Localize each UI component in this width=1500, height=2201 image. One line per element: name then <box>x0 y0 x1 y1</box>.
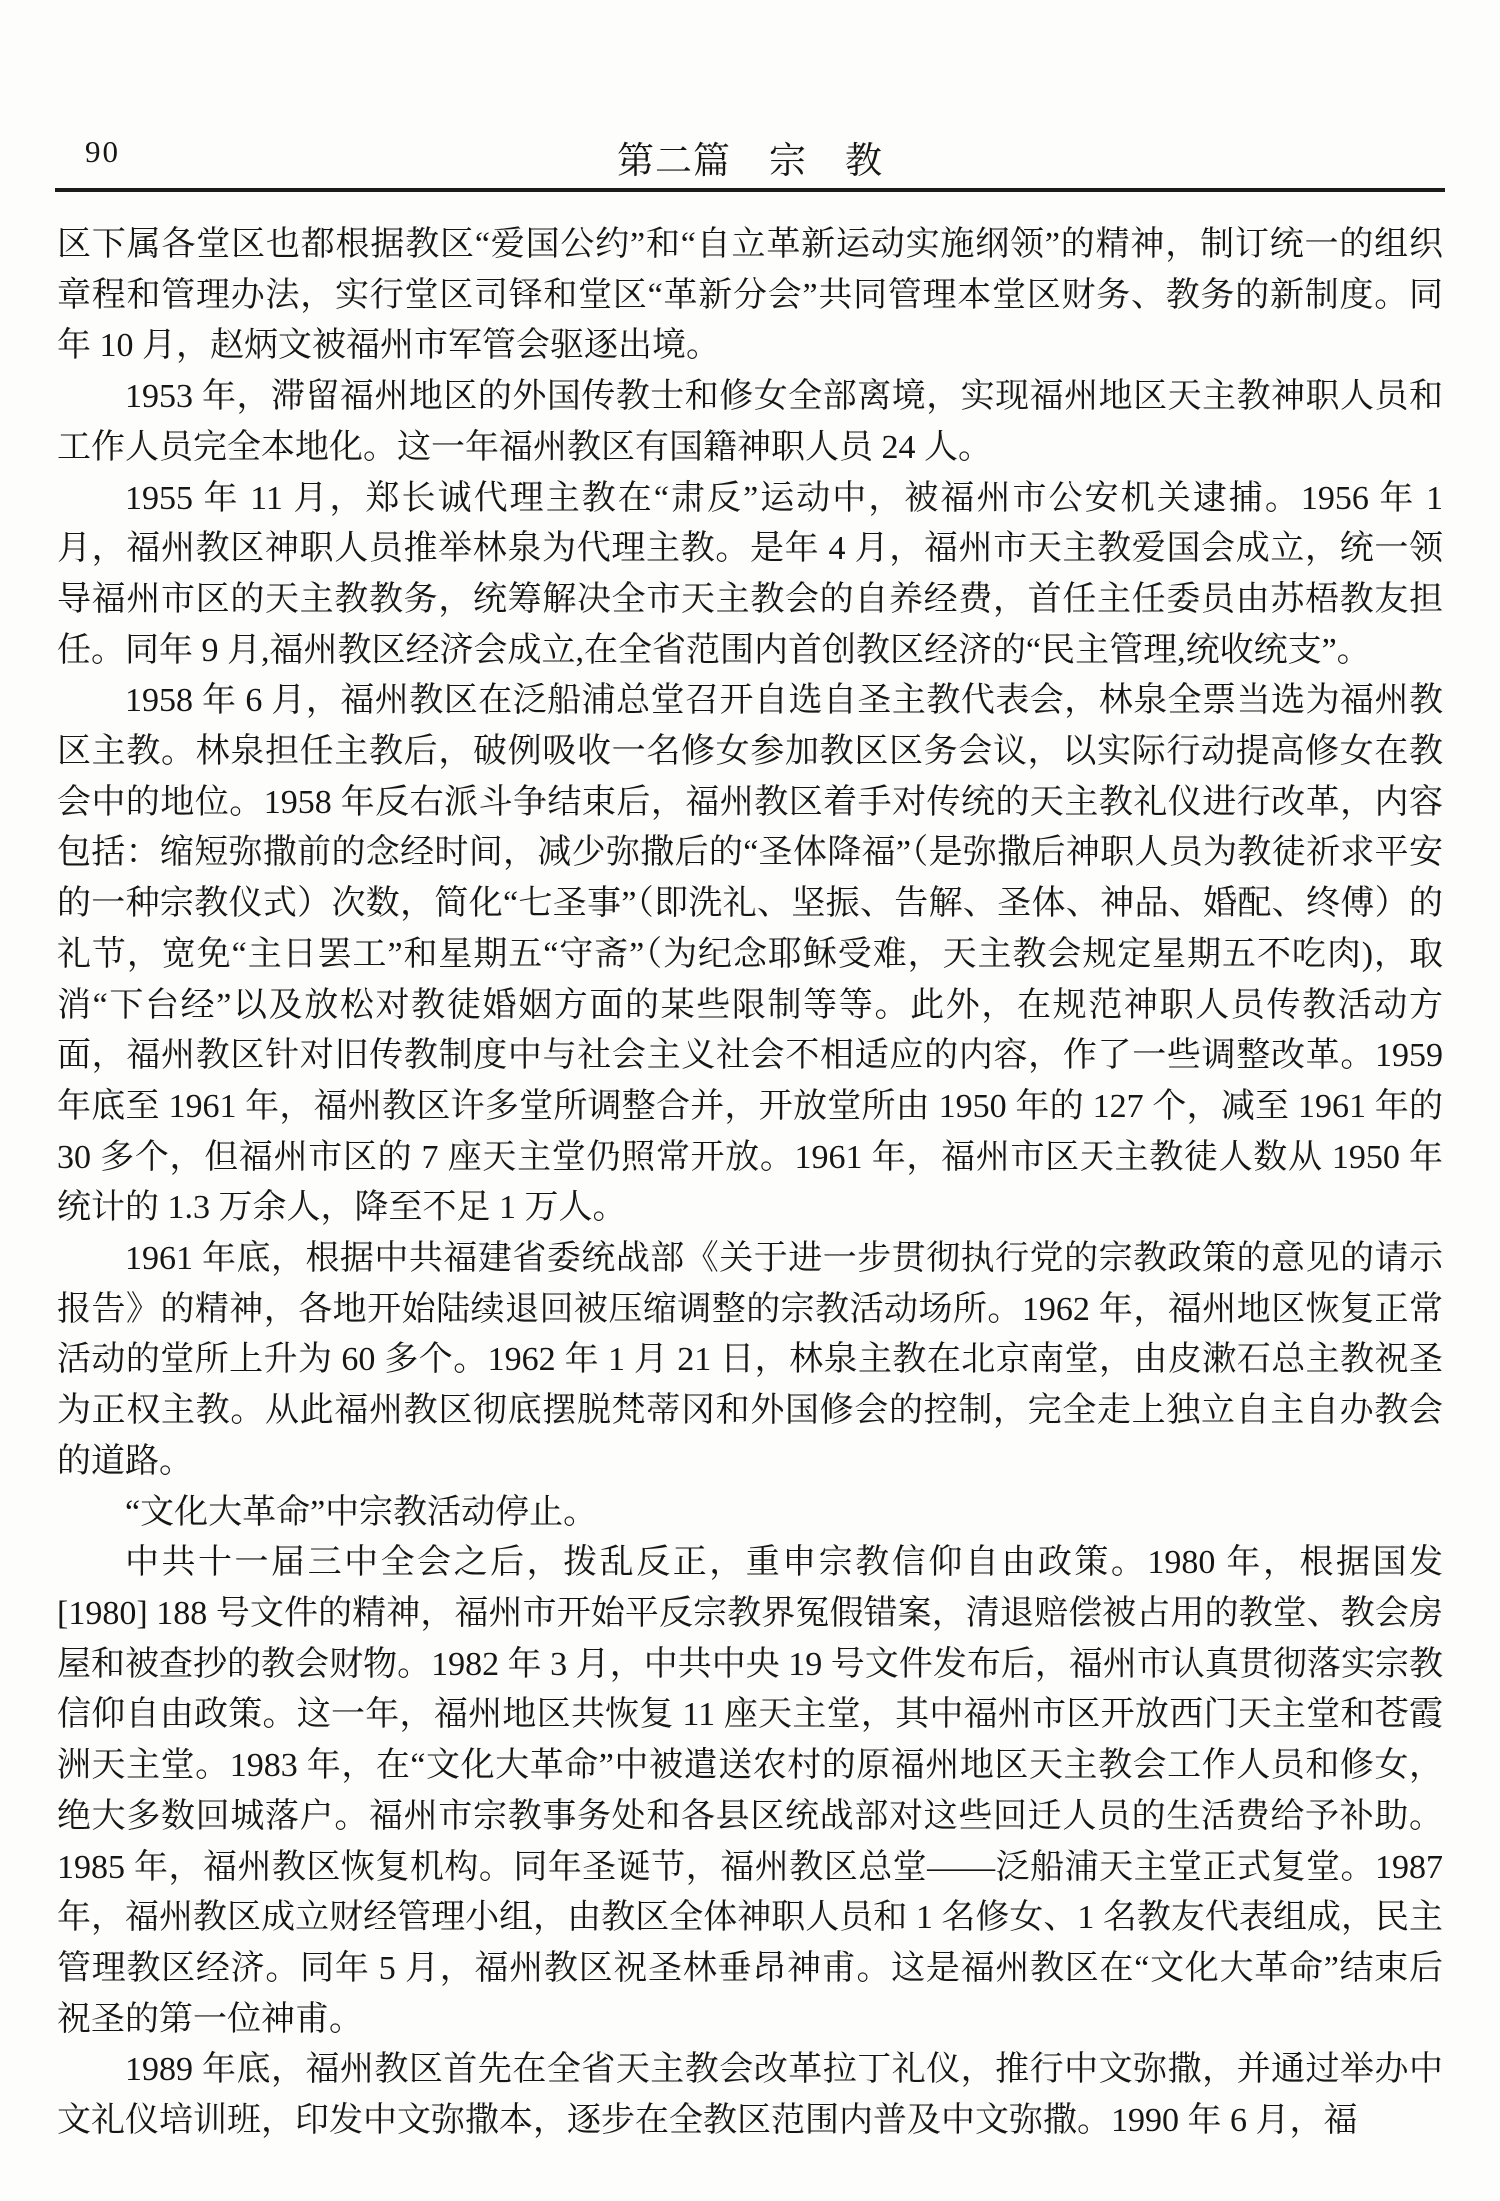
paragraph-1989: 1989 年底，福州教区首先在全省天主教会改革拉丁礼仪，推行中文弥撒，并通过举办… <box>57 2045 1443 2146</box>
page-header: 90 第二篇 宗 教 <box>57 130 1443 174</box>
paragraph-cultural-revolution: “文化大革命”中宗教活动停止。 <box>57 1488 1443 1539</box>
section-title: 第二篇 宗 教 <box>617 130 883 184</box>
paragraph-1953: 1953 年，滞留福州地区的外国传教士和修女全部离境，实现福州地区天主教神职人员… <box>57 372 1443 473</box>
paragraph-1955: 1955 年 11 月，郑长诚代理主教在“肃反”运动中，被福州市公安机关逮捕。1… <box>57 474 1443 677</box>
page-number: 90 <box>85 134 120 170</box>
body-text: 区下属各堂区也都根据教区“爱国公约”和“自立革新运动实施纲领”的精神，制订统一的… <box>57 220 1443 2147</box>
paragraph-continuation: 区下属各堂区也都根据教区“爱国公约”和“自立革新运动实施纲领”的精神，制订统一的… <box>57 220 1443 372</box>
book-page: 90 第二篇 宗 教 区下属各堂区也都根据教区“爱国公约”和“自立革新运动实施纲… <box>0 0 1500 2201</box>
paragraph-1958: 1958 年 6 月，福州教区在泛船浦总堂召开自选自圣主教代表会，林泉全票当选为… <box>57 676 1443 1234</box>
header-divider-rule <box>55 188 1445 192</box>
paragraph-reform-era: 中共十一届三中全会之后，拨乱反正，重申宗教信仰自由政策。1980 年，根据国发[… <box>57 1538 1443 2045</box>
paragraph-1961: 1961 年底，根据中共福建省委统战部《关于进一步贯彻执行党的宗教政策的意见的请… <box>57 1234 1443 1488</box>
